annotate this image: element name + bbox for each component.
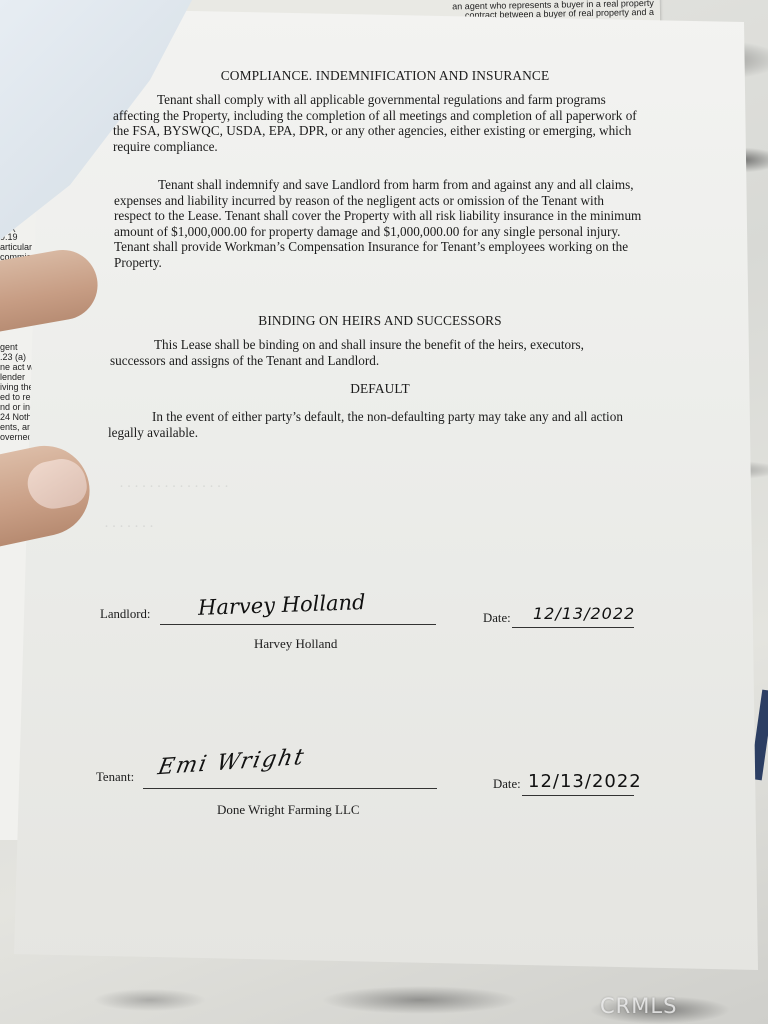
tenant-printed-name: Done Wright Farming LLC [217,802,360,818]
crmls-watermark: CRMLS [600,994,677,1018]
tenant-label: Tenant: [96,770,134,786]
paragraph-default: In the event of either party’s default, … [108,409,653,440]
tenant-date-line [522,795,634,796]
paragraph-indemnification: Tenant shall indemnify and save Landlord… [114,177,642,271]
landlord-date-label: Date: [483,611,511,627]
tenant-date-label: Date: [493,777,521,793]
landlord-signature-line [160,624,436,625]
landlord-date: 12/13/2022 [533,606,635,622]
paragraph-binding: This Lease shall be binding on and shall… [110,337,600,368]
paragraph-compliance: Tenant shall comply with all applicable … [113,92,643,154]
tenant-signature: Emi Wright [157,750,307,776]
section-heading-compliance: COMPLIANCE. INDEMNIFICATION AND INSURANC… [150,68,620,84]
tenant-date: 12/13/2022 [528,774,642,790]
landlord-date-line [512,627,634,628]
section-heading-default: DEFAULT [300,381,460,397]
landlord-printed-name: Harvey Holland [254,636,337,652]
landlord-signature: Harvey Holland [198,595,366,616]
document-text: COMPLIANCE. INDEMNIFICATION AND INSURANC… [0,0,768,1024]
tenant-signature-line [143,788,437,789]
landlord-label: Landlord: [100,607,150,623]
section-heading-binding: BINDING ON HEIRS AND SUCCESSORS [200,313,560,329]
